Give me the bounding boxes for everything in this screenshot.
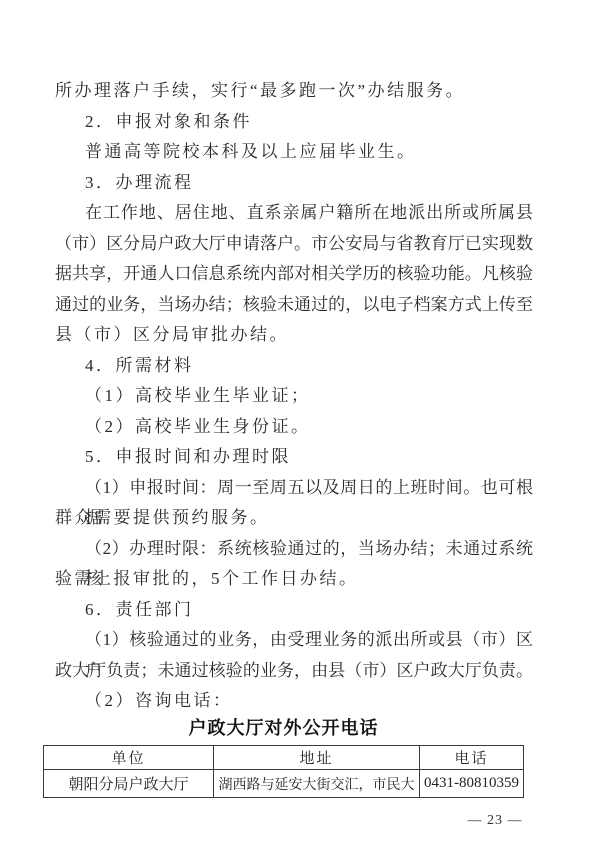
text-line: 4．所需材料 <box>55 351 533 382</box>
cell-phone: 0431-80810359 <box>420 770 524 798</box>
text-line: （1）高校毕业生毕业证； <box>55 381 533 412</box>
table-header-row: 单位 地址 电话 <box>44 746 524 770</box>
column-header-unit: 单位 <box>44 746 214 770</box>
text-line: 普通高等院校本科及以上应届毕业生。 <box>55 137 533 168</box>
text-line: 在工作地、居住地、直系亲属户籍所在地派出所或所属县 <box>55 198 533 229</box>
text-line: 2．申报对象和条件 <box>55 107 533 138</box>
text-line: 所办理落户手续，实行“最多跑一次”办结服务。 <box>55 76 533 107</box>
cell-address: 湖西路与延安大街交汇，市民大 <box>214 770 420 798</box>
text-line: 通过的业务，当场办结；核验未通过的，以电子档案方式上传至 <box>55 290 533 321</box>
text-line: （2）办理时限：系统核验通过的，当场办结；未通过系统核 <box>55 534 533 565</box>
page-number: — 23 — <box>453 810 537 832</box>
text-line: 县（市）区分局审批办结。 <box>55 320 533 351</box>
column-header-phone: 电话 <box>420 746 524 770</box>
body-text: 所办理落户手续，实行“最多跑一次”办结服务。 2．申报对象和条件 普通高等院校本… <box>55 76 533 717</box>
cell-unit: 朝阳分局户政大厅 <box>44 770 214 798</box>
table-row: 朝阳分局户政大厅 湖西路与延安大街交汇，市民大 0431-80810359 <box>44 770 524 798</box>
text-line: 3．办理流程 <box>55 168 533 199</box>
text-line: （1）核验通过的业务，由受理业务的派出所或县（市）区户 <box>55 625 533 656</box>
text-line: 5．申报时间和办理时限 <box>55 442 533 473</box>
text-line: 6．责任部门 <box>55 595 533 626</box>
text-line: （1）申报时间：周一至周五以及周日的上班时间。也可根据 <box>55 473 533 504</box>
text-line: 群众需要提供预约服务。 <box>55 503 533 534</box>
text-line: （市）区分局户政大厅申请落户。市公安局与省教育厅已实现数 <box>55 229 533 260</box>
text-line: 政大厅负责；未通过核验的业务，由县（市）区户政大厅负责。 <box>55 656 533 687</box>
text-line: 验需上报审批的，5个工作日办结。 <box>55 564 533 595</box>
document-page: 所办理落户手续，实行“最多跑一次”办结服务。 2．申报对象和条件 普通高等院校本… <box>0 0 589 858</box>
column-header-address: 地址 <box>214 746 420 770</box>
text-line: 据共享，开通人口信息系统内部对相关学历的核验功能。凡核验 <box>55 259 533 290</box>
table-title: 户政大厅对外公开电话 <box>0 712 567 744</box>
phone-table: 单位 地址 电话 朝阳分局户政大厅 湖西路与延安大街交汇，市民大 0431-80… <box>43 745 524 798</box>
text-line: （2）高校毕业生身份证。 <box>55 412 533 443</box>
